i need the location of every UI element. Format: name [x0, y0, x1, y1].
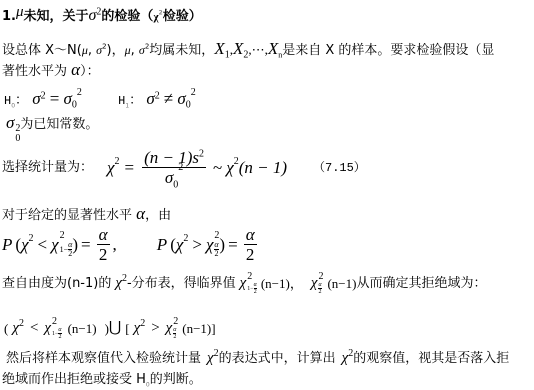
- text: 设总体 X～N(: [2, 43, 82, 58]
- superscript: 2: [178, 162, 183, 173]
- probabilities-line: P ( χ2 < χ 21−α2 ) = α2 , P ( χ2 > χ 2α2…: [2, 226, 260, 263]
- statistic-fraction: (n − 1)s2 σ02: [142, 149, 206, 186]
- chi-symbol: χ: [115, 276, 122, 291]
- conclusion-line-1: 然后将样本观察值代入检验统计量 χ2 的表达式中，计算出 χ2 的观察值，视其是…: [6, 351, 509, 366]
- text: 然后将样本观察值代入检验统计量: [6, 352, 201, 365]
- text: 绝域而作出拒绝或接受 H: [2, 372, 146, 387]
- hypotheses-line: H0： σ2 = σ02 H1： σ2 ≠ σ02: [4, 90, 196, 107]
- section-number: 1.: [2, 9, 16, 24]
- superscript: 2: [191, 87, 196, 98]
- sigma-symbol: σ: [6, 113, 14, 132]
- text: 2: [97, 245, 110, 263]
- chi-symbol: χ: [166, 321, 173, 336]
- text: 2: [319, 289, 322, 295]
- text: ，由: [145, 208, 171, 223]
- degrees-of-freedom: (n−1): [327, 277, 356, 290]
- chi-symbol: χ: [311, 276, 318, 291]
- text: ：: [15, 93, 28, 108]
- text: -分布表，得临界值: [127, 277, 236, 290]
- alpha-symbol: α: [71, 60, 80, 79]
- statistic-line: 选择统计量为： χ2 = (n − 1)s2 σ02 ~ χ2 (n − 1) …: [2, 149, 366, 186]
- rejection-region-line: ( χ2 < χ 21−α2 (n−1) ) ⋃ [ χ2 > χ 2α2 (n…: [4, 317, 216, 340]
- degrees-of-freedom: (n−1): [182, 322, 211, 335]
- text: 从而确定其拒绝域为：: [356, 277, 486, 290]
- known-constant-line: σ20为已知常数。: [6, 114, 98, 144]
- text: 著性水平为: [2, 64, 67, 79]
- text: 对于给定的显著性水平: [2, 208, 132, 223]
- text: 查自由度为(n-1)的: [2, 277, 111, 290]
- denominator: σ02: [142, 168, 206, 186]
- bracket: ]: [211, 322, 215, 335]
- text: 2: [244, 245, 257, 263]
- chi-symbol: χ: [207, 351, 214, 366]
- equals-operator: =: [81, 236, 91, 253]
- superscript: 2: [199, 148, 204, 159]
- text: ：: [129, 93, 142, 108]
- x-variable: X: [268, 39, 278, 58]
- superscript: 2: [318, 272, 323, 282]
- degrees-of-freedom: (n − 1): [239, 159, 287, 176]
- sigma-symbol: σ: [165, 168, 173, 187]
- tilde-operator: ~: [213, 159, 222, 176]
- title-text: 未知，关于: [24, 9, 89, 24]
- text: 为已知常数。: [20, 117, 98, 132]
- less-than-operator: <: [38, 236, 48, 253]
- title-text: 的检验（: [101, 9, 153, 24]
- sigma-symbol: σ: [177, 89, 185, 108]
- greater-than-operator: >: [192, 236, 202, 253]
- alpha-symbol: α: [254, 282, 257, 289]
- less-than-operator: <: [30, 321, 38, 336]
- text: 2: [254, 289, 257, 295]
- superscript: 2: [41, 91, 46, 102]
- text: 2: [173, 334, 176, 340]
- alpha-symbol: α: [318, 282, 321, 289]
- chi-symbol: χ: [21, 236, 28, 253]
- chi-symbol: χ: [342, 351, 349, 366]
- x-variable: X: [214, 39, 224, 58]
- intro-line-2: 著性水平为 α）：: [2, 61, 100, 78]
- chi-symbol: χ: [226, 159, 233, 176]
- text: ,: [88, 43, 96, 58]
- chi-symbol: χ: [44, 321, 51, 336]
- union-operator: ⋃: [109, 321, 121, 336]
- chi-symbol: χ: [206, 236, 213, 253]
- sigma-symbol: σ: [63, 89, 71, 108]
- chi-symbol: χ: [107, 159, 114, 176]
- chi-symbol: χ: [51, 236, 58, 253]
- superscript: 2: [247, 272, 257, 282]
- title-text: 检验）: [163, 9, 202, 24]
- text: 的观察值，视其是否落入拒: [353, 352, 509, 365]
- x-variable: X: [233, 39, 243, 58]
- alpha-symbol: α: [136, 204, 145, 223]
- chi-symbol: χ: [240, 276, 247, 291]
- numerator: (n − 1)s2: [142, 149, 206, 168]
- text: ,: [131, 43, 139, 58]
- text: 2: [59, 334, 62, 340]
- mu-symbol: μ: [16, 4, 24, 20]
- text: 1−: [60, 246, 69, 254]
- superscript: 2: [155, 91, 160, 102]
- critical-values-line: 查自由度为(n-1)的 χ2 -分布表，得临界值 χ 21−α2 (n−1)， …: [2, 272, 486, 295]
- chi-symbol: χ: [12, 321, 19, 336]
- section-title: 1.μ未知，关于σ2的检验（χ2检验）: [2, 8, 202, 24]
- text: 的判断。: [150, 372, 202, 387]
- text: ）：: [80, 64, 100, 79]
- alpha-symbol: α: [97, 226, 110, 245]
- chi-symbol: χ: [176, 236, 183, 253]
- text: 均属未知，: [149, 43, 214, 58]
- greater-than-operator: >: [151, 321, 159, 336]
- text: 是来自 X 的样本。要求检验假设（显: [282, 43, 494, 58]
- subscript: 0: [173, 179, 178, 190]
- degrees-of-freedom: (n−1)，: [261, 277, 303, 290]
- superscript: 2: [52, 317, 62, 327]
- subscript: 0: [15, 134, 20, 144]
- not-equal-operator: ≠: [164, 89, 173, 108]
- subscript: 0: [72, 100, 77, 111]
- equation-number: （7.15）: [313, 162, 366, 174]
- text: 2: [215, 249, 219, 258]
- conclusion-line-2: 绝域而作出拒绝或接受 H0的判断。: [2, 373, 202, 386]
- chi-symbol: χ: [134, 321, 141, 336]
- numerator-text: (n − 1)s: [144, 148, 199, 167]
- degrees-of-freedom: (n−1): [68, 322, 97, 335]
- text: 的表达式中，计算出: [219, 352, 336, 365]
- sigma-symbol: σ: [32, 89, 40, 108]
- alpha-symbol: α: [58, 327, 61, 334]
- equals-operator: =: [125, 159, 135, 176]
- text: )，: [107, 43, 125, 58]
- p-symbol: P: [2, 236, 12, 253]
- alpha-symbol: α: [173, 327, 176, 334]
- superscript: 2: [173, 317, 178, 327]
- alpha-symbol: α: [244, 226, 257, 245]
- equals-operator: =: [228, 236, 238, 253]
- paren: (: [4, 322, 8, 335]
- text: 选择统计量为：: [2, 161, 93, 174]
- text: ,: [113, 236, 117, 253]
- sigma-symbol: σ: [146, 89, 154, 108]
- equals-operator: =: [50, 89, 60, 108]
- superscript: 2: [77, 87, 82, 98]
- ellipsis: ,⋯,: [248, 42, 268, 57]
- p-symbol: P: [157, 236, 167, 253]
- subscript: 0: [186, 100, 191, 111]
- intro-line-1: 设总体 X～N(μ, σ2)，μ, σ2均属未知，X1,X2,⋯,Xn是来自 X…: [2, 40, 494, 57]
- significance-line: 对于给定的显著性水平 α，由: [2, 205, 171, 222]
- bracket: [: [125, 322, 129, 335]
